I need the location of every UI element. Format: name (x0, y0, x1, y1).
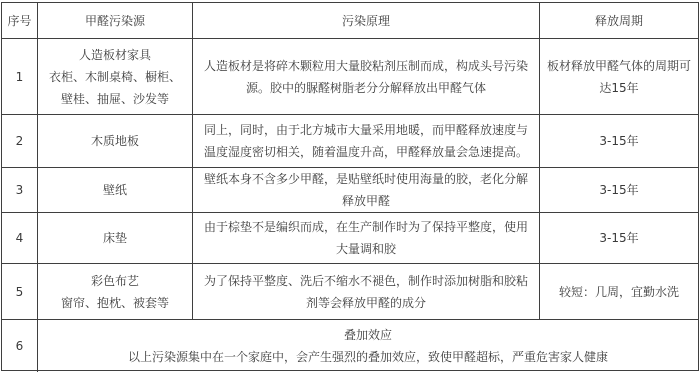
header-period: 释放周期 (540, 3, 698, 38)
table-row: 3 壁纸 壁纸本身不含多少甲醛，是贴壁纸时使用海量的胶，老化分解 释放甲醛 3-… (2, 168, 698, 213)
principle-line: 为了保持平整度、洗后不缩水不褪色，制作时添加树脂和胶粘 (204, 270, 528, 292)
principle-line: 壁纸本身不含多少甲醛，是贴壁纸时使用海量的胶，老化分解 (204, 168, 528, 190)
table-row: 1 人造板材家具 衣柜、木制桌椅、橱柜、 壁桂、抽屉、沙发等 人造板材是将碎木颗… (2, 39, 698, 115)
principle-cell: 为了保持平整度、洗后不缩水不褪色，制作时添加树脂和胶粘 剂等会释放甲醛的成分 (193, 264, 540, 319)
period-line: 较短：几周，宜勤水洗 (559, 281, 679, 303)
source-line: 壁纸 (103, 179, 127, 201)
principle-cell: 人造板材是将碎木颗粒用大量胶粘剂压制而成，构成头号污染 源。胶中的脲醛树脂老分分… (193, 39, 540, 114)
period-line: 达15年 (599, 77, 638, 99)
row-number: 1 (2, 39, 38, 114)
principle-line: 剂等会释放甲醛的成分 (306, 292, 426, 314)
period-line: 3-15年 (599, 227, 638, 249)
header-principle: 污染原理 (193, 3, 540, 38)
principle-line: 释放甲醛 (342, 190, 390, 212)
row-number: 3 (2, 168, 38, 212)
source-cell: 人造板材家具 衣柜、木制桌椅、橱柜、 壁桂、抽屉、沙发等 (38, 39, 193, 114)
row-number: 4 (2, 213, 38, 263)
source-line: 衣柜、木制桌椅、橱柜、 (49, 66, 181, 88)
summary-text: 以上污染源集中在一个家庭中，会产生强烈的叠加效应，致使甲醛超标，严重危害家人健康 (128, 346, 608, 368)
source-line: 木质地板 (91, 130, 139, 152)
table-header-row: 序号 甲醛污染源 污染原理 释放周期 (2, 3, 698, 39)
table-row: 4 床垫 由于棕垫不是编织而成，在生产制作时为了保持平整度，使用 大量调和胶 3… (2, 213, 698, 264)
table-row: 2 木质地板 同上，同时，由于北方城市大量采用地暖，而甲醛释放速度与 温度湿度密… (2, 115, 698, 168)
principle-line: 温度湿度密切相关，随着温度升高，甲醛释放量会急速提高。 (204, 141, 528, 163)
period-line: 3-15年 (599, 179, 638, 201)
source-line: 窗帘、抱枕、被套等 (61, 292, 169, 314)
source-line: 壁桂、抽屉、沙发等 (61, 88, 169, 110)
period-cell: 板材释放甲醛气体的周期可 达15年 (540, 39, 698, 114)
table-row: 6 叠加效应 以上污染源集中在一个家庭中，会产生强烈的叠加效应，致使甲醛超标，严… (2, 320, 698, 372)
source-line: 人造板材家具 (79, 44, 151, 66)
principle-line: 源。胶中的脲醛树脂老分分解释放出甲醛气体 (246, 77, 486, 99)
principle-cell: 同上，同时，由于北方城市大量采用地暖，而甲醛释放速度与 温度湿度密切相关，随着温… (193, 115, 540, 167)
header-source: 甲醛污染源 (38, 3, 193, 38)
summary-title: 叠加效应 (344, 324, 392, 346)
row-number: 5 (2, 264, 38, 319)
table-row: 5 彩色布艺 窗帘、抱枕、被套等 为了保持平整度、洗后不缩水不褪色，制作时添加树… (2, 264, 698, 320)
period-cell: 3-15年 (540, 168, 698, 212)
period-cell: 3-15年 (540, 115, 698, 167)
merged-summary-cell: 叠加效应 以上污染源集中在一个家庭中，会产生强烈的叠加效应，致使甲醛超标，严重危… (38, 320, 698, 372)
source-cell: 彩色布艺 窗帘、抱枕、被套等 (38, 264, 193, 319)
period-cell: 3-15年 (540, 213, 698, 263)
row-number: 2 (2, 115, 38, 167)
period-cell: 较短：几周，宜勤水洗 (540, 264, 698, 319)
principle-line: 人造板材是将碎木颗粒用大量胶粘剂压制而成，构成头号污染 (204, 55, 528, 77)
principle-cell: 壁纸本身不含多少甲醛，是贴壁纸时使用海量的胶，老化分解 释放甲醛 (193, 168, 540, 212)
row-number: 6 (2, 320, 38, 372)
formaldehyde-sources-table: 序号 甲醛污染源 污染原理 释放周期 1 人造板材家具 衣柜、木制桌椅、橱柜、 … (1, 2, 699, 371)
period-line: 板材释放甲醛气体的周期可 (547, 55, 691, 77)
header-no: 序号 (2, 3, 38, 38)
principle-cell: 由于棕垫不是编织而成，在生产制作时为了保持平整度，使用 大量调和胶 (193, 213, 540, 263)
period-line: 3-15年 (599, 130, 638, 152)
source-cell: 床垫 (38, 213, 193, 263)
source-cell: 木质地板 (38, 115, 193, 167)
principle-line: 同上，同时，由于北方城市大量采用地暖，而甲醛释放速度与 (204, 119, 528, 141)
principle-line: 大量调和胶 (336, 238, 396, 260)
source-cell: 壁纸 (38, 168, 193, 212)
source-line: 床垫 (103, 227, 127, 249)
principle-line: 由于棕垫不是编织而成，在生产制作时为了保持平整度，使用 (204, 216, 528, 238)
source-line: 彩色布艺 (91, 270, 139, 292)
